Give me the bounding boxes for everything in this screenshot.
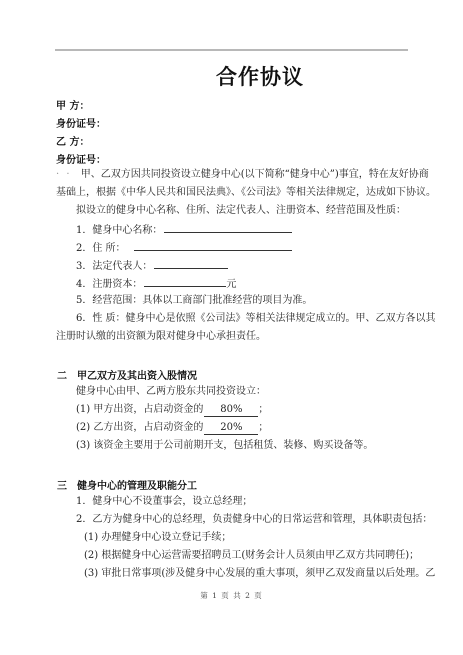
section-title: 健身中心的管理及职能分工 [77,481,197,492]
section2-heading: 二甲乙双方及其出资入股情况 [57,367,197,382]
section3-subitem-2: (2) 根据健身中心运营需要招聘员工(财务会计人员须由甲乙双方共同聘任)； [84,549,419,563]
section1-item-capital: 4．注册资本：元 [76,276,236,292]
party-a-share[interactable]: 80% [204,404,258,417]
preamble-line-2: 基础上，根据《中华人民共和国民法典》、《公司法》等相关法律规定，达成如下协议。 [56,186,436,200]
section-number: 三 [57,477,77,492]
address-blank[interactable] [134,240,292,251]
item-label: 1．健身中心名称： [76,225,162,236]
section3-subitem-1: (1) 办理健身中心设立登记手续； [84,531,231,545]
item-suffix: ； [258,422,268,433]
section1-item-legal-rep: 3．法定代表人： [76,258,228,274]
header-rule [55,49,408,51]
section-number: 二 [57,367,77,382]
section1-item-name: 1．健身中心名称： [76,222,292,238]
section1-intro: 拟设立的健身中心名称、住所、法定代表人、注册资本、经营范围及性质： [76,204,406,218]
section2-item-use: (3) 该资金主要用于公司前期开支，包括租赁、装修、购买设备等。 [76,439,373,453]
section1-item-nature: 6．性 质：健身中心是依照《公司法》等相关法律规定成立的。甲、乙双方各以其 [76,312,436,326]
party-b-share[interactable]: 20% [204,422,258,435]
section-title: 甲乙双方及其出资入股情况 [77,371,197,382]
currency-suffix: 元 [226,279,236,290]
item-label: (1) 甲方出资，占启动资金的 [76,404,203,415]
item-label: 4．注册资本： [76,279,142,290]
section2-item-b: (2) 乙方出资，占启动资金的20%； [76,421,268,435]
item-label: 2．住 所： [76,243,126,254]
item-label: (2) 乙方出资，占启动资金的 [76,422,203,433]
section1-item-address: 2．住 所： [76,240,292,256]
center-name-blank[interactable] [164,222,292,233]
preamble-text-1: 甲、乙双方因共同投资设立健身中心(以下简称“健身中心”)事宜，特在友好协商 [81,169,429,180]
section3-subitem-3: (3) 审批日常事项(涉及健身中心发展的重大事项，须甲乙双发商量以后处理。乙 [84,567,435,581]
section2-intro: 健身中心由甲、乙两方股东共同投资设立： [76,385,266,399]
leading-marks: · · [56,169,72,180]
page-number-footer: 第 1 页 共 2 页 [0,590,463,601]
section1-item-scope: 5．经营范围：具体以工商部门批准经营的项目为准。 [76,294,312,308]
document-title: 合作协议 [0,61,463,91]
preamble-line-1: · · 甲、乙双方因共同投资设立健身中心(以下简称“健身中心”)事宜，特在友好协… [56,168,408,182]
section3-item-2: 2．乙方为健身中心的总经理，负责健身中心的日常运营和管理，具体职责包括： [76,513,432,527]
capital-blank[interactable] [144,276,226,287]
item-suffix: ； [258,404,268,415]
legal-rep-blank[interactable] [154,258,228,269]
party-a-id-label: 身份证号： [56,115,106,130]
item-label: 3．法定代表人： [76,261,152,272]
party-a-label: 甲 方： [56,97,89,112]
party-b-label: 乙 方： [56,133,89,148]
party-b-id-label: 身份证号： [56,151,106,166]
section3-item-1: 1．健身中心不设董事会，设立总经理； [76,495,252,509]
section1-item-nature-cont: 注册时认缴的出资额为限对健身中心承担责任。 [56,330,266,344]
section3-heading: 三健身中心的管理及职能分工 [57,477,197,492]
section2-item-a: (1) 甲方出资，占启动资金的80%； [76,403,268,417]
document-page: 合作协议 甲 方： 身份证号： 乙 方： 身份证号： · · 甲、乙双方因共同投… [0,0,463,655]
